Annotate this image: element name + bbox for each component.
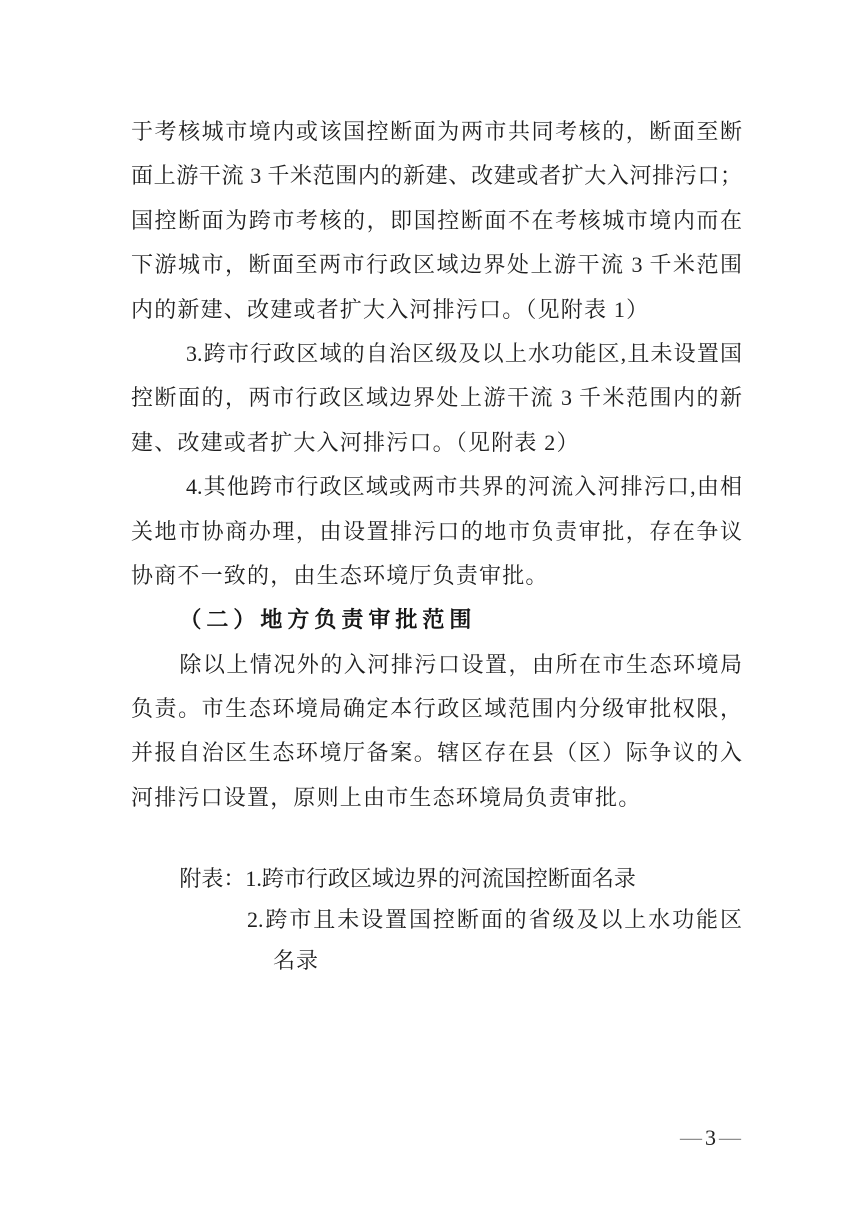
body-line: 协商不一致的，由生态环境厅负责审批。 (131, 554, 742, 598)
page-number-dash: — (680, 1128, 702, 1149)
body-line: 关地市协商办理，由设置排污口的地市负责审批，存在争议 (131, 510, 742, 554)
body-line: 国控断面为跨市考核的，即国控断面不在考核城市境内而在 (131, 199, 742, 243)
body-line: 于考核城市境内或该国控断面为两市共同考核的，断面至断 (131, 110, 742, 154)
attachment-line: 名录 (273, 940, 742, 981)
body-line: 3.跨市行政区域的自治区级及以上水功能区,且未设置国 (131, 332, 742, 376)
body-line: 负责。市生态环境局确定本行政区域范围内分级审批权限， (131, 687, 742, 731)
body-line: 河排污口设置，原则上由市生态环境局负责审批。 (131, 776, 742, 820)
body-line: 内的新建、改建或者扩大入河排污口。（见附表 1） (131, 288, 742, 332)
body-line: 控断面的，两市行政区域边界处上游干流 3 千米范围内的新 (131, 376, 742, 420)
page-number-value: 3 (704, 1125, 717, 1151)
body-line: 建、改建或者扩大入河排污口。（见附表 2） (131, 421, 742, 465)
body-text-block: 于考核城市境内或该国控断面为两市共同考核的，断面至断 面上游干流 3 千米范围内… (131, 110, 742, 820)
attachment-list: 附表：1.跨市行政区域边界的河流国控断面名录 2.跨市且未设置国控断面的省级及以… (131, 858, 742, 981)
attachment-line: 2.跨市且未设置国控断面的省级及以上水功能区 (247, 899, 742, 940)
page-number: — 3 — (680, 1124, 741, 1152)
body-line: 面上游干流 3 千米范围内的新建、改建或者扩大入河排污口； (131, 154, 742, 198)
attachment-line: 附表：1.跨市行政区域边界的河流国控断面名录 (131, 858, 742, 899)
document-page: 于考核城市境内或该国控断面为两市共同考核的，断面至断 面上游干流 3 千米范围内… (0, 0, 868, 1227)
section-heading: （二）地方负责审批范围 (131, 598, 742, 642)
body-line: 除以上情况外的入河排污口设置，由所在市生态环境局 (131, 643, 742, 687)
body-line: 4.其他跨市行政区域或两市共界的河流入河排污口,由相 (131, 465, 742, 509)
body-line: 并报自治区生态环境厅备案。辖区存在县（区）际争议的入 (131, 731, 742, 775)
body-line: 下游城市，断面至两市行政区域边界处上游干流 3 千米范围 (131, 243, 742, 287)
page-number-dash: — (719, 1128, 741, 1149)
